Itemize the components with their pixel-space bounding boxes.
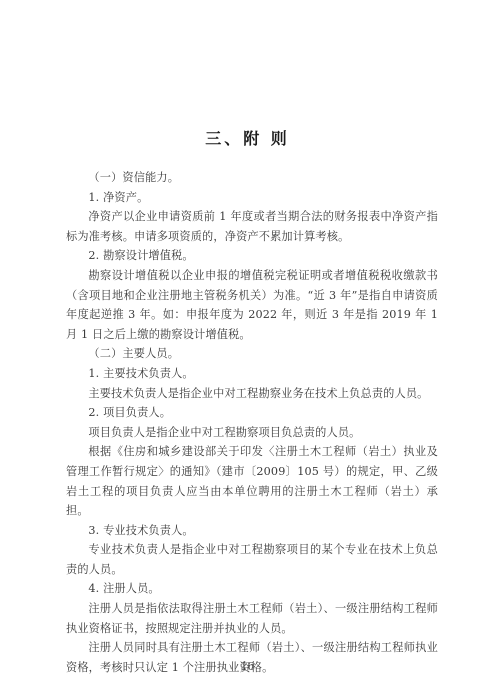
- heading-credit-capacity: （一）资信能力。: [66, 168, 438, 188]
- heading-key-personnel: （二）主要人员。: [66, 344, 438, 364]
- paragraph-chief-technical: 主要技术负责人是指企业中对工程勘察业务在技术上负总责的人员。: [66, 384, 438, 404]
- heading-vat: 2. 勘察设计增值税。: [66, 246, 438, 266]
- heading-chief-technical: 1. 主要技术负责人。: [66, 364, 438, 384]
- paragraph-net-assets: 净资产以企业申请资质前 1 年度或者当期合法的财务报表中净资产指标为准考核。申请…: [66, 207, 438, 246]
- heading-specialty-technical: 3. 专业技术负责人。: [66, 521, 438, 541]
- heading-registered-personnel: 4. 注册人员。: [66, 579, 438, 599]
- heading-net-assets: 1. 净资产。: [66, 188, 438, 208]
- document-body: （一）资信能力。 1. 净资产。 净资产以企业申请资质前 1 年度或者当期合法的…: [66, 168, 438, 677]
- section-title: 三、附 则: [0, 126, 495, 149]
- paragraph-vat: 勘察设计增值税以企业申报的增值税完税证明或者增值税税收缴款书（含项目地和企业注册…: [66, 266, 438, 344]
- page-number: 16: [0, 660, 495, 673]
- paragraph-project-lead: 项目负责人是指企业中对工程勘察项目负总责的人员。: [66, 423, 438, 443]
- paragraph-registered-personnel: 注册人员是指依法取得注册土木工程师（岩土）、一级注册结构工程师执业资格证书，按照…: [66, 599, 438, 638]
- paragraph-regulation: 根据《住房和城乡建设部关于印发〈注册土木工程师（岩土）执业及管理工作暂行规定〉的…: [66, 442, 438, 520]
- paragraph-specialty-technical: 专业技术负责人是指企业中对工程勘察项目的某个专业在技术上负总责的人员。: [66, 540, 438, 579]
- document-page: 三、附 则 （一）资信能力。 1. 净资产。 净资产以企业申请资质前 1 年度或…: [0, 0, 495, 700]
- heading-project-lead: 2. 项目负责人。: [66, 403, 438, 423]
